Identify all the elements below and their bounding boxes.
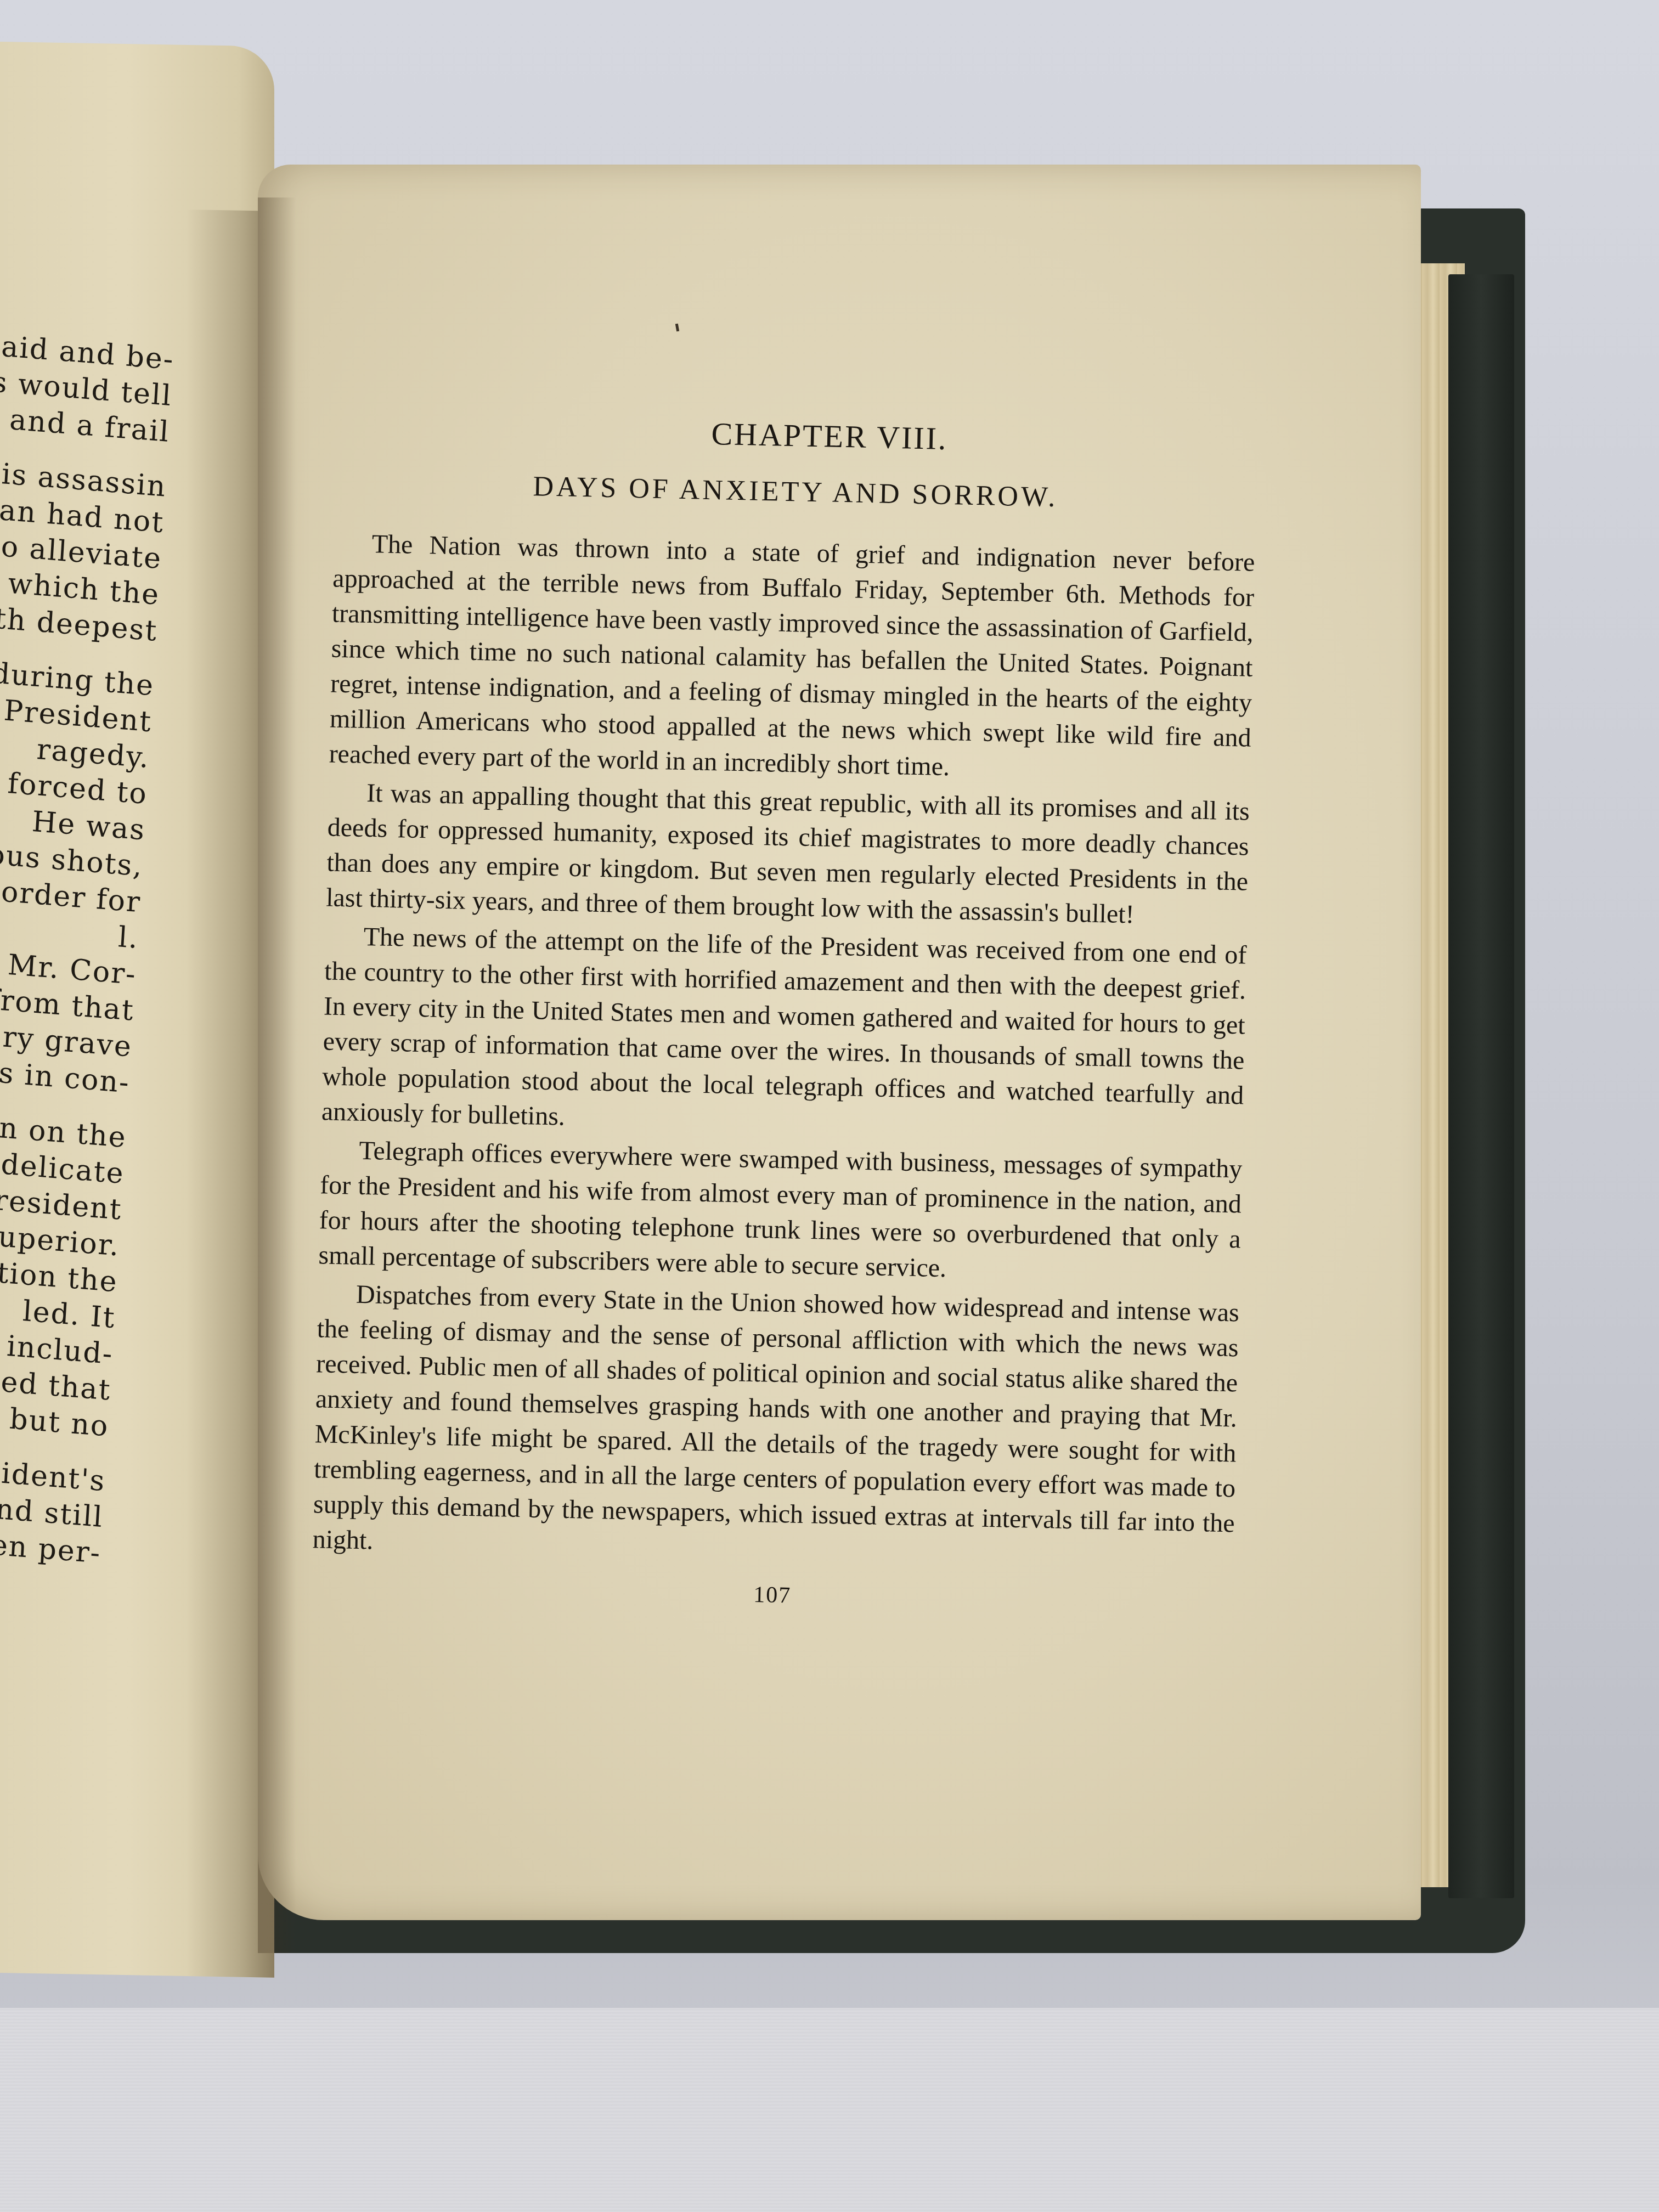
photo-scene: said and be- rs would tell n and a frail… — [0, 0, 1659, 2212]
paragraph: The Nation was thrown into a state of gr… — [329, 526, 1255, 791]
paragraph: It was an appalling thought that this gr… — [326, 775, 1250, 934]
right-page-text: CHAPTER VIII. DAYS OF ANXIETY AND SORROW… — [311, 408, 1257, 1618]
paragraph: Telegraph offices everywhere were swampe… — [318, 1132, 1243, 1292]
left-page-text: said and be- rs would tell n and a frail… — [0, 326, 175, 1572]
book-cover-edge — [1448, 274, 1514, 1898]
left-page: said and be- rs would tell n and a frail… — [0, 41, 274, 1977]
paragraph: Dispatches from every State in the Union… — [312, 1276, 1239, 1576]
table-cloth — [0, 2008, 1659, 2212]
chapter-subtitle: DAYS OF ANXIETY AND SORROW. — [334, 466, 1256, 518]
paragraph: The news of the attempt on the life of t… — [321, 918, 1247, 1148]
book-gutter — [258, 198, 296, 1953]
